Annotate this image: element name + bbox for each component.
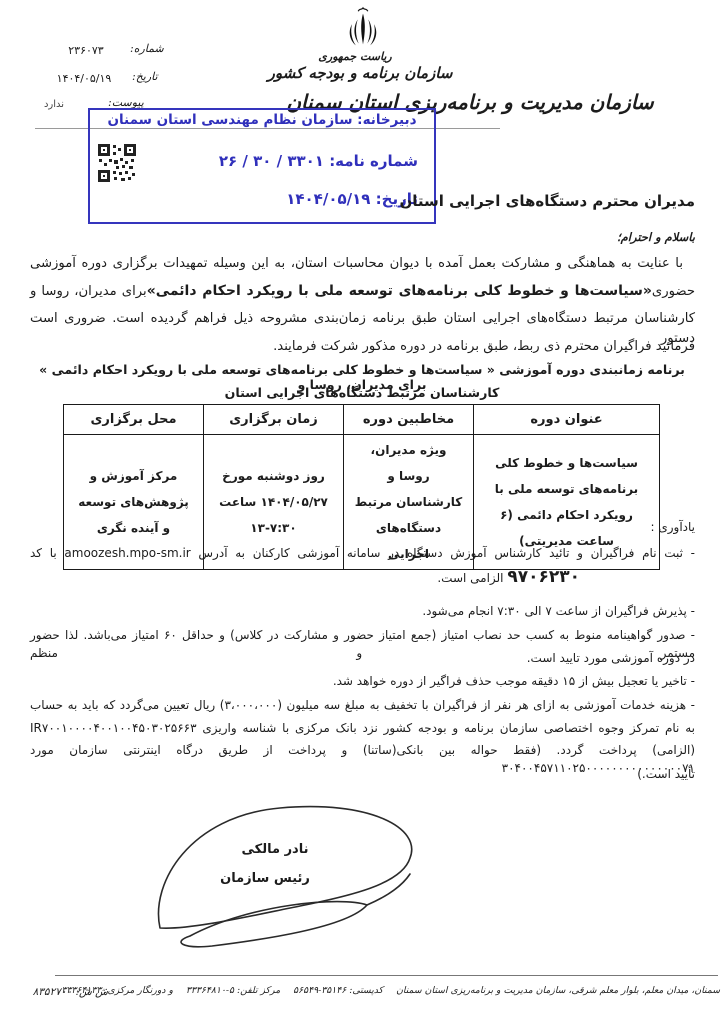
letter-number-label: شماره: (130, 42, 174, 55)
footer-divider-line (55, 975, 718, 976)
qr-code-icon (96, 142, 138, 184)
letter-date-value: ۱۴۰۴/۰۵/۱۹ (36, 72, 132, 85)
signer-name: نادر مالکی (215, 842, 335, 857)
body-line-2-course-title: «سیاست‌ها و خطوط کلی برنامه‌های توسعه مل… (147, 283, 652, 299)
footer-contact-line: سمنان، میدان معلم، بلوار معلم شرقی، سازم… (61, 985, 720, 996)
scanned-official-letter: { "colors": { "stamp_blue": "#3535bd", "… (0, 0, 724, 1024)
stamp-secretariat-line: دبیرخانه: سازمان نظام مهندسی استان سمنان (90, 112, 434, 128)
note-registration-line-2-rest: الزامی است. (437, 571, 503, 585)
note-certificate-line-2: در دوره آموزشی مورد تایید است. (30, 649, 695, 667)
col-header-audience: مخاطبین دوره (344, 405, 474, 435)
stamp-letter-number-label: شماره نامه: (329, 152, 418, 170)
stamp-date: تاریخ: ۱۴۰۴/۰۵/۱۹ (286, 190, 418, 208)
course-code-value: ۹۷۰۶۲۳۰ (507, 567, 580, 587)
letter-date-label: تاریخ: (132, 70, 174, 83)
body-line-2-post: برای مدیران، روسا و (30, 284, 147, 299)
note-registration-line-2: ۹۷۰۶۲۳۰ الزامی است. (30, 568, 580, 587)
body-line-4: فرمائید فراگیران محترم ذی ربط، طبق برنام… (30, 337, 695, 357)
org-line-presidency: ریاست جمهوری (255, 50, 455, 63)
iran-emblem-icon (338, 6, 388, 54)
note-late-removal: - تاخیر یا تعجیل بیش از ۱۵ دقیقه موجب حذ… (30, 672, 695, 690)
note-fee-line-4: تأیید است.) (30, 765, 695, 783)
stamp-letter-number: شماره نامه: ۳۳۰۱ / ۳۰ / ۲۶ (219, 152, 418, 170)
salutation: باسلام و احترام؛ (617, 230, 695, 244)
col-header-location: محل برگزاری (64, 405, 204, 435)
reminder-label: یادآوری : (650, 520, 695, 534)
note-fee-line-1: - هزینه خدمات آموزشی به ازای هر نفر از ف… (30, 696, 695, 714)
iban-value: IR۷۰۰۱۰۰۰۰۴۰۰۱۰۰۴۵۰۳۰۲۵۶۶۳ (30, 721, 197, 735)
note-fee-line-2: به نام تمرکز وجوه اختصاصی سازمان برنامه … (30, 719, 695, 737)
footer-postal: کدپستی: ۳۵۱۴۶-۵۶۵۴۹ (293, 985, 383, 996)
note-admission-hours: - پذیرش فراگیران از ساعت ۷ الی ۷:۳۰ انجا… (30, 602, 695, 620)
col-header-course-title: عنوان دوره (474, 405, 660, 435)
signer-title: رئیس سازمان (200, 871, 330, 886)
stamp-date-value: ۱۴۰۴/۰۵/۱۹ (286, 190, 370, 208)
recipient-line: مدیران محترم دستگاه‌های اجرایی استان (399, 192, 695, 210)
letter-number-value: ۲۳۶۰۷۳ (44, 44, 128, 57)
footer-sh-number: ش ش: ۸۳۵۲۷۰۰ (28, 986, 108, 998)
table-header-row: عنوان دوره مخاطبین دوره زمان برگزاری محل… (64, 405, 660, 435)
footer-phone: مرکز تلفن: ۵-۳۳۳۶۴۸۱۰ (186, 985, 280, 996)
table-caption-line-2: کارشناسان مرتبط دستگاه‌های اجرایی استان (30, 385, 694, 400)
org-line-pbo: سازمان برنامه و بودجه کشور (255, 64, 465, 82)
letter-attachment-value: ندارد (28, 99, 80, 110)
col-header-time: زمان برگزاری (204, 405, 344, 435)
stamp-letter-number-value: ۳۳۰۱ / ۳۰ / ۲۶ (219, 152, 324, 170)
note-fee-line-2-text: به نام تمرکز وجوه اختصاصی سازمان برنامه … (202, 721, 695, 735)
handwritten-signature (130, 788, 440, 948)
note-fee-line-3-text: (الزامی) پرداخت گردد. (فقط حواله بین بان… (30, 743, 695, 757)
body-line-2: حضوری«سیاست‌ها و خطوط کلی برنامه‌های توس… (30, 281, 695, 302)
body-line-1: با عنایت به هماهنگی و مشارکت بعمل آمده ب… (30, 254, 695, 274)
body-line-2-pre: حضوری (652, 284, 695, 299)
note-registration-line-1: - ثبت نام فراگیران و تائید کارشناس آموزش… (30, 544, 695, 562)
footer-address: سمنان، میدان معلم، بلوار معلم شرقی، سازم… (396, 985, 720, 996)
secretariat-stamp-box: دبیرخانه: سازمان نظام مهندسی استان سمنان… (88, 108, 436, 224)
